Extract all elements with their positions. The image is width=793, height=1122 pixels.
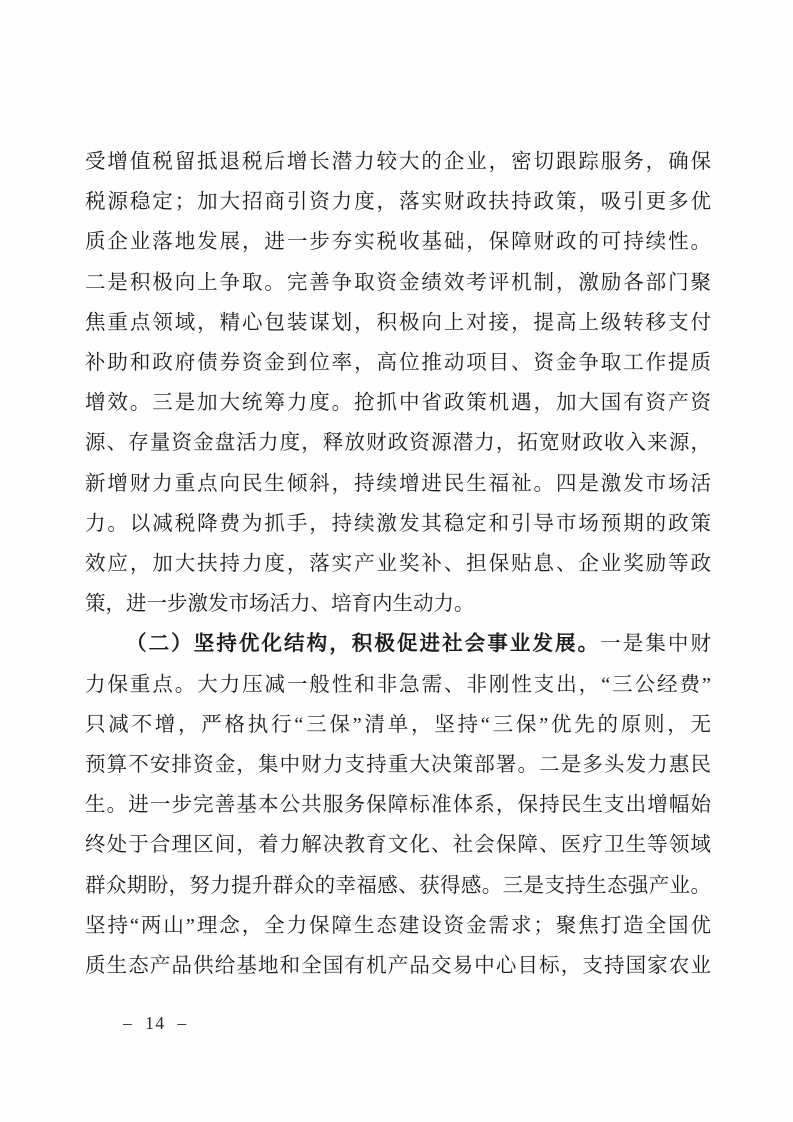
text-line: 预算不安排资金，集中财力支持重大决策部署。二是多头发力惠民 [85, 745, 711, 785]
text-line: 只减不增，严格执行“三保”清单，坚持“三保”优先的原则，无 [85, 705, 711, 745]
text-line: 力。以减税降费为抓手，持续激发其稳定和引导市场预期的政策 [85, 504, 711, 544]
text-line: 终处于合理区间，着力解决教育文化、社会保障、医疗卫生等领域 [85, 825, 711, 865]
document-page: 受增值税留抵退税后增长潜力较大的企业，密切跟踪服务，确保 税源稳定；加大招商引资… [0, 0, 793, 1122]
body-text: 受增值税留抵退税后增长潜力较大的企业，密切跟踪服务，确保 税源稳定；加大招商引资… [85, 142, 711, 986]
text-line: 策，进一步激发市场活力、培育内生动力。 [85, 584, 711, 624]
text-line: 源、存量资金盘活力度，释放财政资源潜力，拓宽财政收入来源， [85, 423, 711, 463]
text-line: 补助和政府债券资金到位率，高位推动项目、资金争取工作提质 [85, 343, 711, 383]
text-line: 质企业落地发展，进一步夯实税收基础，保障财政的可持续性。 [85, 222, 711, 262]
section-heading-line: （二）坚持优化结构，积极促进社会事业发展。一是集中财 [85, 624, 711, 664]
text-line: 力保重点。大力压减一般性和非急需、非刚性支出，“三公经费” [85, 665, 711, 705]
text-line: 新增财力重点向民生倾斜，持续增进民生福祉。四是激发市场活 [85, 464, 711, 504]
text-line: 二是积极向上争取。完善争取资金绩效考评机制，激励各部门聚 [85, 263, 711, 303]
section-heading-rest: 一是集中财 [600, 633, 711, 655]
text-line: 生。进一步完善基本公共服务保障标准体系，保持民生支出增幅始 [85, 785, 711, 825]
text-line: 增效。三是加大统筹力度。抢抓中省政策机遇，加大国有资产资 [85, 383, 711, 423]
text-line: 焦重点领域，精心包装谋划，积极向上对接，提高上级转移支付 [85, 303, 711, 343]
page-number: – 14 – [123, 1011, 188, 1035]
text-line: 税源稳定；加大招商引资力度，落实财政扶持政策，吸引更多优 [85, 182, 711, 222]
section-heading-bold: （二）坚持优化结构，积极促进社会事业发展。 [126, 633, 600, 655]
text-line: 效应，加大扶持力度，落实产业奖补、担保贴息、企业奖励等政 [85, 544, 711, 584]
text-line: 群众期盼，努力提升群众的幸福感、获得感。三是支持生态强产业。 [85, 866, 711, 906]
text-line: 受增值税留抵退税后增长潜力较大的企业，密切跟踪服务，确保 [85, 142, 711, 182]
text-line: 质生态产品供给基地和全国有机产品交易中心目标，支持国家农业 [85, 946, 711, 986]
text-line: 坚持“两山”理念，全力保障生态建设资金需求；聚焦打造全国优 [85, 906, 711, 946]
